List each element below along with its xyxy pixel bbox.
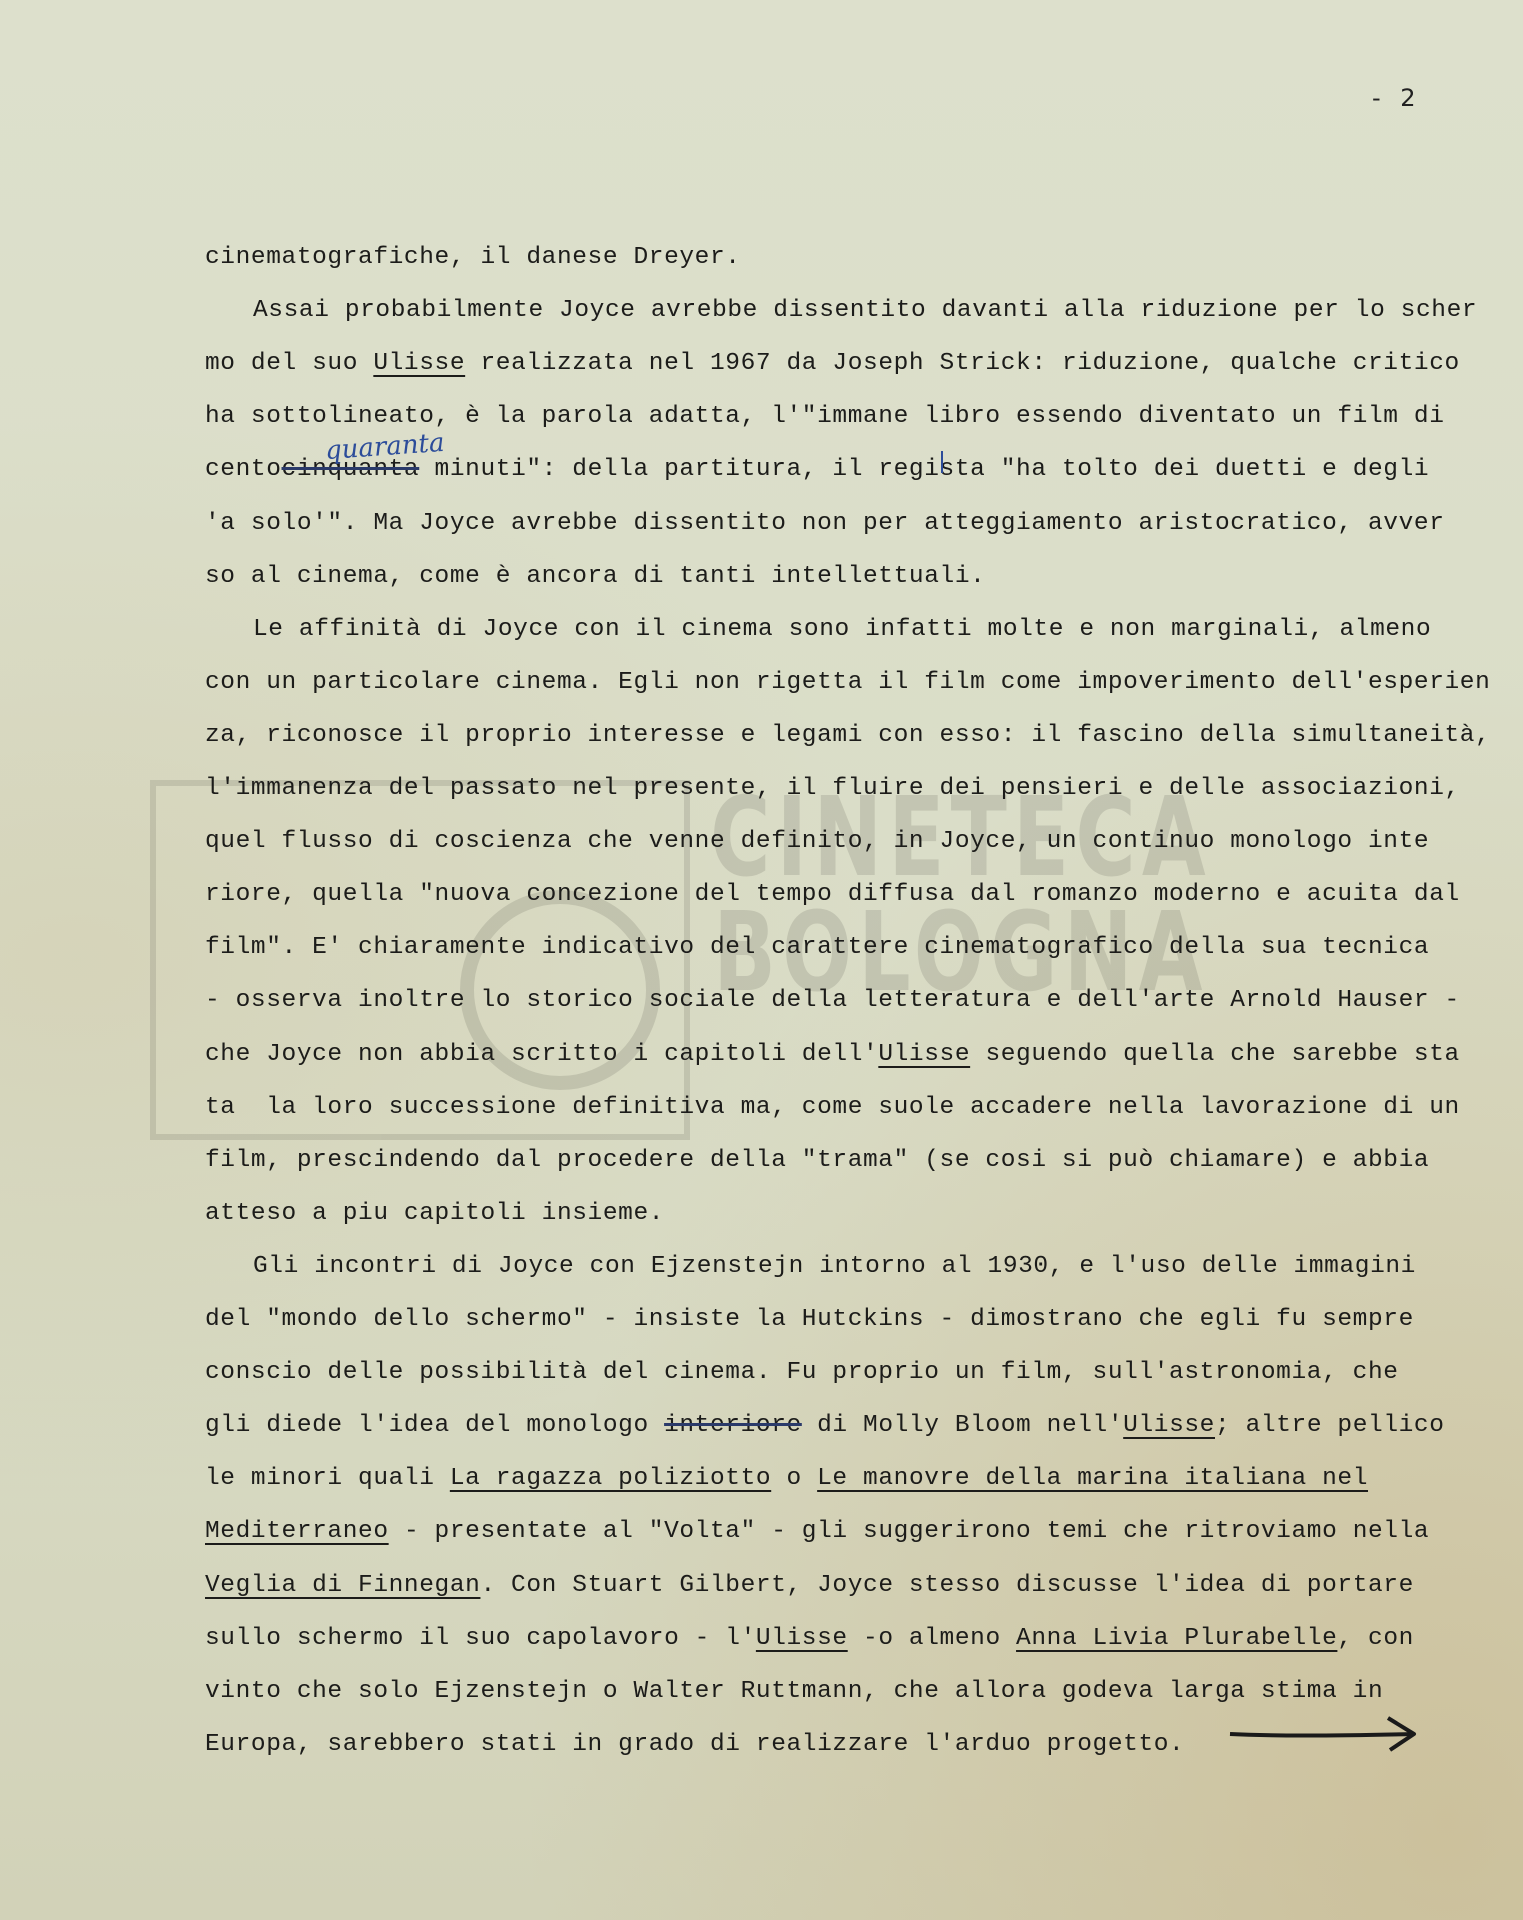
line-text: riore, quella "nuova concezione del temp… — [205, 881, 1460, 908]
text-line: ta la loro successione definitiva ma, co… — [205, 1093, 1460, 1123]
underlined-title: Anna Livia Plurabelle — [1016, 1625, 1337, 1652]
text-line: del "mondo dello schermo" - insiste la H… — [205, 1305, 1414, 1335]
text-line: l'immanenza del passato nel presente, il… — [205, 774, 1460, 804]
text-line: film". E' chiaramente indicativo del car… — [205, 933, 1429, 963]
line-text: cinematografiche, il danese Dreyer. — [205, 244, 741, 271]
struck-text: interiore — [664, 1412, 802, 1439]
line-text: Gli incontri di Joyce con Ejzenstejn int… — [253, 1253, 1416, 1280]
line-text: Le affinità di Joyce con il cinema sono … — [253, 616, 1431, 643]
line-text: - osserva inoltre lo storico sociale del… — [205, 987, 1460, 1014]
text-line: Europa, sarebbero stati in grado di real… — [205, 1730, 1184, 1760]
text-line: Assai probabilmente Joyce avrebbe dissen… — [253, 296, 1477, 326]
line-text: l'immanenza del passato nel presente, il… — [205, 775, 1460, 802]
line-text: conscio delle possibilità del cinema. Fu… — [205, 1359, 1399, 1386]
text-line: cinematografiche, il danese Dreyer. — [205, 243, 741, 273]
line-text: ta la loro successione definitiva ma, co… — [205, 1094, 1460, 1121]
text-line: - osserva inoltre lo storico sociale del… — [205, 986, 1460, 1016]
line-text: , con — [1337, 1625, 1414, 1652]
text-line: film, prescindendo dal procedere della "… — [205, 1146, 1429, 1176]
underlined-title: Veglia di Finnegan — [205, 1572, 480, 1599]
text-line: che Joyce non abbia scritto i capitoli d… — [205, 1040, 1460, 1070]
line-text: film, prescindendo dal procedere della "… — [205, 1147, 1429, 1174]
line-text: -o almeno — [848, 1625, 1016, 1652]
line-text: za, riconosce il proprio interesse e leg… — [205, 722, 1490, 749]
text-line: con un particolare cinema. Egli non rige… — [205, 668, 1490, 698]
text-line: conscio delle possibilità del cinema. Fu… — [205, 1358, 1399, 1388]
text-line: riore, quella "nuova concezione del temp… — [205, 880, 1460, 910]
line-text: Assai probabilmente Joyce avrebbe dissen… — [253, 297, 1477, 324]
text-line: sullo schermo il suo capolavoro - l'Ulis… — [205, 1624, 1414, 1654]
line-text: con un particolare cinema. Egli non rige… — [205, 669, 1490, 696]
underlined-title: Mediterraneo — [205, 1518, 389, 1545]
line-text: Europa, sarebbero stati in grado di real… — [205, 1731, 1184, 1758]
underlined-title: Ulisse — [373, 350, 465, 377]
line-text: sullo schermo il suo capolavoro - l' — [205, 1625, 756, 1652]
text-line: mo del suo Ulisse realizzata nel 1967 da… — [205, 349, 1460, 379]
line-text: del "mondo dello schermo" - insiste la H… — [205, 1306, 1414, 1333]
underlined-title: Ulisse — [878, 1041, 970, 1068]
text-line: le minori quali La ragazza poliziotto o … — [205, 1464, 1368, 1494]
right-arrow-icon — [1228, 1714, 1418, 1754]
page-number: - 2 — [1372, 84, 1422, 112]
text-line: atteso a piu capitoli insieme. — [205, 1199, 664, 1229]
text-line: quel flusso di coscienza che venne defin… — [205, 827, 1429, 857]
line-text: film". E' chiaramente indicativo del car… — [205, 934, 1429, 961]
text-line: so al cinema, come è ancora di tanti int… — [205, 562, 985, 592]
handwritten-mark — [941, 451, 943, 473]
text-line: vinto che solo Ejzenstejn o Walter Ruttm… — [205, 1677, 1383, 1707]
line-text: o — [771, 1465, 817, 1492]
text-line: ha sottolineato, è la parola adatta, l'"… — [205, 402, 1445, 432]
line-text: cento — [205, 456, 282, 483]
line-text: - presentate al "Volta" - gli suggeriron… — [389, 1518, 1430, 1545]
line-text: ; altre pellico — [1215, 1412, 1445, 1439]
line-text: che Joyce non abbia scritto i capitoli d… — [205, 1041, 878, 1068]
underlined-title: Le manovre della marina italiana nel — [817, 1465, 1368, 1492]
underlined-title: Ulisse — [1123, 1412, 1215, 1439]
text-line: gli diede l'idea del monologo interiore … — [205, 1411, 1445, 1441]
text-line: Veglia di Finnegan. Con Stuart Gilbert, … — [205, 1571, 1414, 1601]
underlined-title: Ulisse — [756, 1625, 848, 1652]
line-text: seguendo quella che sarebbe sta — [970, 1041, 1460, 1068]
line-text: ha sottolineato, è la parola adatta, l'"… — [205, 403, 1445, 430]
line-text: vinto che solo Ejzenstejn o Walter Ruttm… — [205, 1678, 1383, 1705]
text-line: za, riconosce il proprio interesse e leg… — [205, 721, 1490, 751]
line-text: minuti": della partitura, il regista "ha… — [419, 456, 1429, 483]
text-line: Le affinità di Joyce con il cinema sono … — [253, 615, 1431, 645]
line-text: gli diede l'idea del monologo — [205, 1412, 664, 1439]
line-text: so al cinema, come è ancora di tanti int… — [205, 563, 985, 590]
line-text: mo del suo — [205, 350, 373, 377]
underlined-title: La ragazza poliziotto — [450, 1465, 771, 1492]
line-text: 'a solo'". Ma Joyce avrebbe dissentito n… — [205, 510, 1445, 537]
line-text: realizzata nel 1967 da Joseph Strick: ri… — [465, 350, 1460, 377]
line-text: quel flusso di coscienza che venne defin… — [205, 828, 1429, 855]
line-text: di Molly Bloom nell' — [802, 1412, 1123, 1439]
line-text: le minori quali — [205, 1465, 450, 1492]
text-line: Gli incontri di Joyce con Ejzenstejn int… — [253, 1252, 1416, 1282]
text-line: 'a solo'". Ma Joyce avrebbe dissentito n… — [205, 509, 1445, 539]
line-text: . Con Stuart Gilbert, Joyce stesso discu… — [480, 1572, 1413, 1599]
line-text: atteso a piu capitoli insieme. — [205, 1200, 664, 1227]
text-line: Mediterraneo - presentate al "Volta" - g… — [205, 1517, 1429, 1547]
